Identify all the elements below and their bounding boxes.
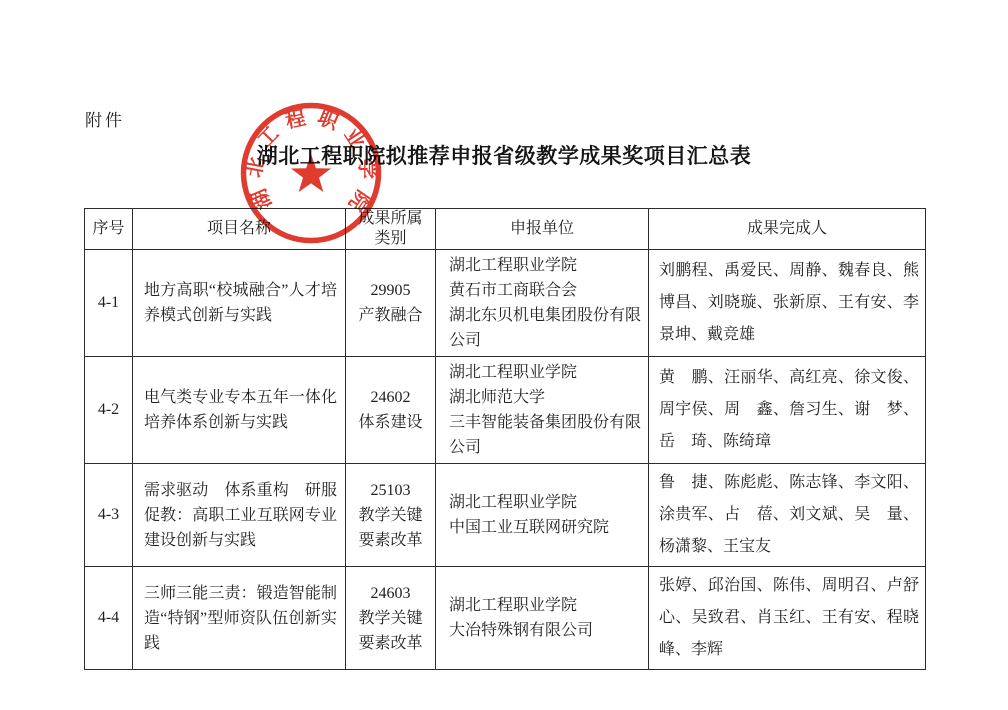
cell-project-name: 需求驱动 体系重构 研服促教：高职工业互联网专业建设创新与实践: [133, 464, 346, 567]
cell-category: 29905 产教融合: [346, 250, 436, 357]
col-header-category: 成果所属类别: [346, 209, 436, 250]
cell-project-name: 三师三能三责：锻造智能制造“特钢”型师资队伍创新实践: [133, 567, 346, 670]
cell-seq: 4-3: [85, 464, 133, 567]
unit-line: 中国工业互联网研究院: [449, 515, 642, 540]
cell-category: 24602 体系建设: [346, 357, 436, 464]
category-label: 教学关键: [348, 606, 433, 631]
table-row: 4-4 三师三能三责：锻造智能制造“特钢”型师资队伍创新实践 24603 教学关…: [85, 567, 926, 670]
cell-units: 湖北工程职业学院 湖北师范大学 三丰智能装备集团股份有限公司: [436, 357, 649, 464]
unit-line: 三丰智能装备集团股份有限公司: [449, 410, 642, 460]
attachment-label: 附件: [85, 106, 125, 131]
cell-units: 湖北工程职业学院 大冶特殊钢有限公司: [436, 567, 649, 670]
cell-units: 湖北工程职业学院 黄石市工商联合会 湖北东贝机电集团股份有限公司: [436, 250, 649, 357]
cell-people: 刘鹏程、禹爱民、周静、魏春良、熊博昌、刘晓璇、张新原、王有安、李景坤、戴竞雄: [649, 250, 926, 357]
unit-line: 湖北工程职业学院: [449, 490, 642, 515]
cell-category: 25103 教学关键 要素改革: [346, 464, 436, 567]
cell-seq: 4-2: [85, 357, 133, 464]
cell-category: 24603 教学关键 要素改革: [346, 567, 436, 670]
category-label: 体系建设: [348, 410, 433, 435]
unit-line: 湖北师范大学: [449, 385, 642, 410]
cell-project-name: 电气类专业专本五年一体化培养体系创新与实践: [133, 357, 346, 464]
unit-line: 湖北工程职业学院: [449, 593, 642, 618]
category-code: 29905: [348, 278, 433, 303]
category-label: 产教融合: [348, 303, 433, 328]
summary-table: 序号 项目名称 成果所属类别 申报单位 成果完成人 4-1 地方高职“校城融合”…: [84, 208, 926, 670]
unit-line: 黄石市工商联合会: [449, 278, 642, 303]
cell-people: 鲁 捷、陈彪彪、陈志锋、李文阳、涂贵军、占 蓓、刘文斌、吴 量、杨潇黎、王宝友: [649, 464, 926, 567]
document-page: 附件 湖北工程职院拟推荐申报省级教学成果奖项目汇总表 序号 项目名称 成果所属类…: [0, 0, 1008, 710]
table-header-row: 序号 项目名称 成果所属类别 申报单位 成果完成人: [85, 209, 926, 250]
col-header-seq: 序号: [85, 209, 133, 250]
category-label: 要素改革: [348, 631, 433, 656]
col-header-unit: 申报单位: [436, 209, 649, 250]
category-code: 24602: [348, 385, 433, 410]
page-title: 湖北工程职院拟推荐申报省级教学成果奖项目汇总表: [0, 140, 1008, 170]
category-label: 要素改革: [348, 528, 433, 553]
cell-project-name: 地方高职“校城融合”人才培养模式创新与实践: [133, 250, 346, 357]
unit-line: 湖北东贝机电集团股份有限公司: [449, 303, 642, 353]
cell-seq: 4-1: [85, 250, 133, 357]
cell-units: 湖北工程职业学院 中国工业互联网研究院: [436, 464, 649, 567]
category-label: 教学关键: [348, 503, 433, 528]
col-header-people: 成果完成人: [649, 209, 926, 250]
unit-line: 湖北工程职业学院: [449, 253, 642, 278]
table-row: 4-2 电气类专业专本五年一体化培养体系创新与实践 24602 体系建设 湖北工…: [85, 357, 926, 464]
unit-line: 湖北工程职业学院: [449, 360, 642, 385]
unit-line: 大冶特殊钢有限公司: [449, 618, 642, 643]
cell-seq: 4-4: [85, 567, 133, 670]
table-row: 4-3 需求驱动 体系重构 研服促教：高职工业互联网专业建设创新与实践 2510…: [85, 464, 926, 567]
table-row: 4-1 地方高职“校城融合”人才培养模式创新与实践 29905 产教融合 湖北工…: [85, 250, 926, 357]
cell-people: 张婷、邱治国、陈伟、周明召、卢舒心、吴致君、肖玉红、王有安、程晓峰、李辉: [649, 567, 926, 670]
col-header-project-name: 项目名称: [133, 209, 346, 250]
cell-people: 黄 鹏、汪丽华、高红亮、徐文俊、周宇侯、周 鑫、詹习生、谢 梦、岳 琦、陈绮璋: [649, 357, 926, 464]
category-code: 25103: [348, 478, 433, 503]
category-code: 24603: [348, 581, 433, 606]
